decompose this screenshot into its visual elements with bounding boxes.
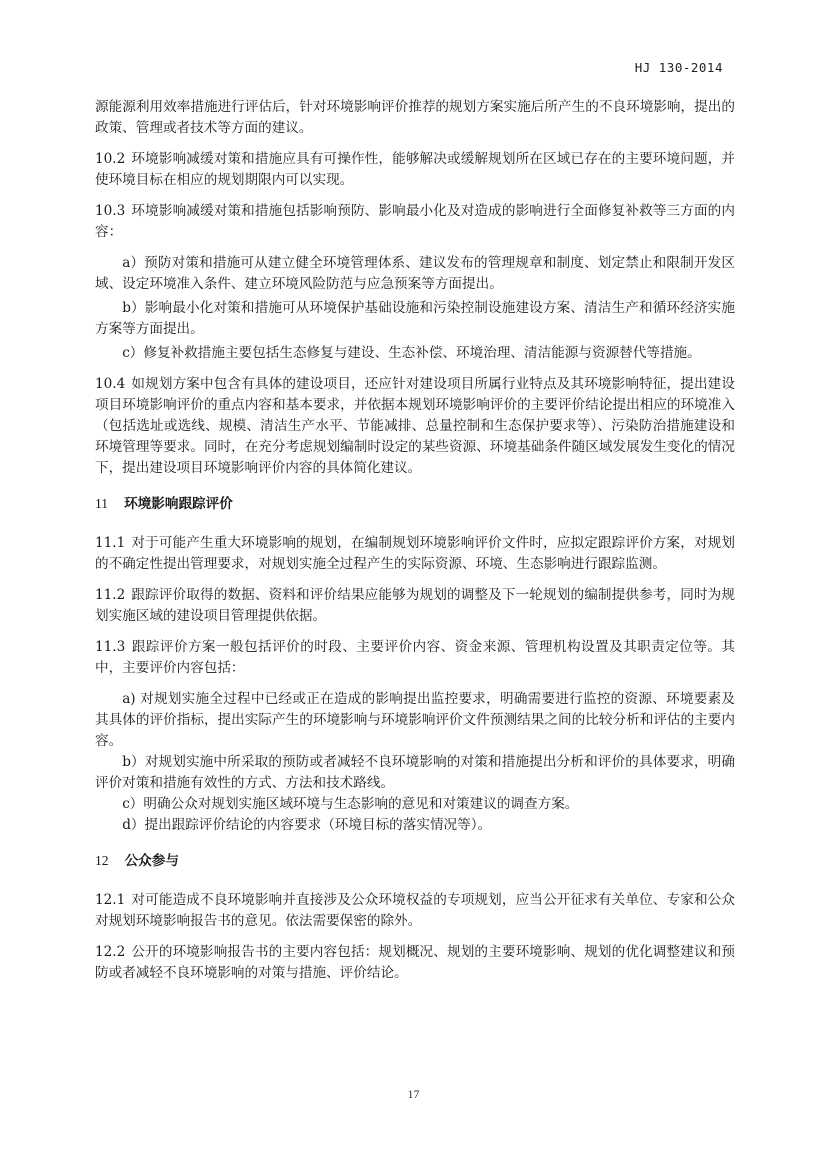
clause-10-3: 10.3环境影响减缓对策和措施包括影响预防、影响最小化及对造成的影响进行全面修复…: [95, 201, 735, 243]
clause-number: 11.1: [95, 535, 125, 551]
clause-11-3: 11.3跟踪评价方案一般包括评价的时段、主要评价内容、资金来源、管理机构设置及其…: [95, 637, 735, 679]
paragraph-continuation: 源能源利用效率措施进行评估后，针对环境影响评价推荐的规划方案实施后所产生的不良环…: [95, 97, 735, 139]
clause-number: 12.1: [95, 892, 125, 908]
paragraph-text: 源能源利用效率措施进行评估后，针对环境影响评价推荐的规划方案实施后所产生的不良环…: [95, 99, 735, 136]
clause-text: 环境影响减缓对策和措施应具有可操作性，能够解决或缓解规划所在区域已存在的主要环境…: [95, 151, 735, 188]
clause-text: 环境影响减缓对策和措施包括影响预防、影响最小化及对造成的影响进行全面修复补救等三…: [95, 203, 735, 240]
clause-number: 10.2: [95, 151, 125, 167]
clause-number: 10.4: [95, 376, 125, 392]
section-title: 环境影响跟踪评价: [124, 496, 233, 512]
list-item-11-3-a: a) 对规划实施全过程中已经或正在造成的影响提出监控要求，明确需要进行监控的资源…: [95, 689, 735, 752]
section-heading-11: 11环境影响跟踪评价: [95, 493, 735, 515]
clause-10-4: 10.4如规划方案中包含有具体的建设项目，还应针对建设项目所属行业特点及其环境影…: [95, 374, 735, 479]
clause-11-1: 11.1对于可能产生重大环境影响的规划，在编制规划环境影响评价文件时，应拟定跟踪…: [95, 533, 735, 575]
document-code: HJ 130-2014: [635, 60, 723, 75]
list-item-11-3-b: b）对规划实施中所采取的预防或者减轻不良环境影响的对策和措施提出分析和评价的具体…: [95, 752, 735, 794]
clause-text: 跟踪评价取得的数据、资料和评价结果应能够为规划的调整及下一轮规划的编制提供参考，…: [95, 587, 735, 624]
list-item-11-3-d: d）提出跟踪评价结论的内容要求（环境目标的落实情况等）。: [95, 815, 735, 836]
clause-12-1: 12.1对可能造成不良环境影响并直接涉及公众环境权益的专项规划，应当公开征求有关…: [95, 890, 735, 932]
clause-text: 对可能造成不良环境影响并直接涉及公众环境权益的专项规划，应当公开征求有关单位、专…: [95, 892, 735, 929]
clause-text: 对于可能产生重大环境影响的规划，在编制规划环境影响评价文件时，应拟定跟踪评价方案…: [95, 535, 735, 572]
clause-11-2: 11.2跟踪评价取得的数据、资料和评价结果应能够为规划的调整及下一轮规划的编制提…: [95, 585, 735, 627]
clause-10-2: 10.2环境影响减缓对策和措施应具有可操作性，能够解决或缓解规划所在区域已存在的…: [95, 149, 735, 191]
list-item-10-3-b: b）影响最小化对策和措施可从环境保护基础设施和污染控制设施建设方案、清洁生产和循…: [95, 298, 735, 340]
list-item-10-3-c: c）修复补救措施主要包括生态修复与建设、生态补偿、环境治理、清洁能源与资源替代等…: [95, 343, 735, 364]
list-item-11-3-c: c）明确公众对规划实施区域环境与生态影响的意见和对策建议的调查方案。: [95, 794, 735, 815]
clause-number: 11.2: [95, 587, 125, 603]
clause-12-2: 12.2公开的环境影响报告书的主要内容包括：规划概况、规划的主要环境影响、规划的…: [95, 942, 735, 984]
clause-number: 12.2: [95, 944, 125, 960]
clause-number: 10.3: [95, 203, 125, 219]
list-item-10-3-a: a）预防对策和措施可从建立健全环境管理体系、建议发布的管理规章和制度、划定禁止和…: [95, 253, 735, 295]
clause-text: 跟踪评价方案一般包括评价的时段、主要评价内容、资金来源、管理机构设置及其职责定位…: [95, 639, 735, 676]
section-heading-12: 12公众参与: [95, 850, 735, 872]
document-body: 源能源利用效率措施进行评估后，针对环境影响评价推荐的规划方案实施后所产生的不良环…: [95, 97, 735, 994]
section-number: 11: [95, 496, 108, 511]
clause-text: 如规划方案中包含有具体的建设项目，还应针对建设项目所属行业特点及其环境影响特征，…: [95, 376, 735, 476]
section-title: 公众参与: [125, 853, 179, 869]
page-number: 17: [0, 1087, 827, 1102]
section-number: 12: [95, 853, 109, 868]
clause-text: 公开的环境影响报告书的主要内容包括：规划概况、规划的主要环境影响、规划的优化调整…: [95, 944, 735, 981]
clause-number: 11.3: [95, 639, 125, 655]
